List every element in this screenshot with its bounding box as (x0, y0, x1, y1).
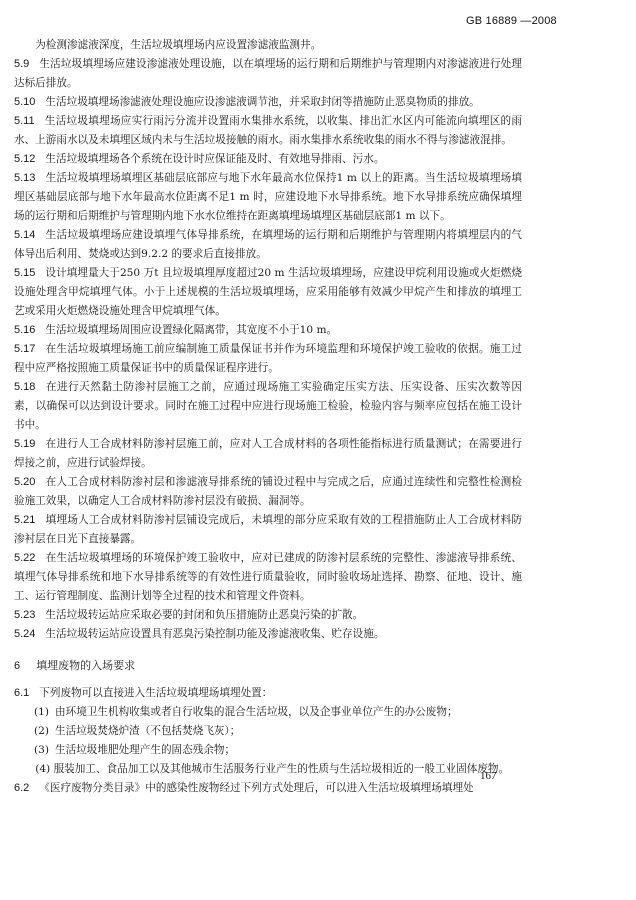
clause-number: 5.22 (14, 549, 35, 568)
list-marker: (4) (35, 763, 50, 775)
list-item-1: (1)由环境卫生机构收集或者自行收集的混合生活垃圾，以及企事业单位产生的办公废物… (14, 703, 522, 722)
page-number: 167 (480, 770, 497, 782)
clause-text: 在进行人工合成材料防渗衬层施工前，应对人工合成材料的各项性能指标进行质量测试；在… (14, 438, 522, 469)
clause-5-9: 5.9生活垃圾填埋场应建设渗滤液处理设施，以在填埋场的运行期和后期维护与管理期内… (14, 55, 522, 93)
clause-5-10: 5.10生活垃圾填埋场渗滤液处理设施应设渗滤液调节池，并采取封闭等措施防止恶臭物… (14, 93, 522, 112)
clause-5-11: 5.11生活垃圾填埋场应实行雨污分流并设置雨水集排水系统，以收集、排出汇水区内可… (14, 112, 522, 150)
clause-number: 5.21 (14, 511, 35, 530)
clause-number: 5.12 (14, 150, 35, 169)
paragraph-5-8-continuation: 为检测渗滤液深度，生活垃圾填埋场内应设置渗滤液监测井。 (14, 36, 522, 55)
clause-text: 生活垃圾填埋场填埋区基础层底部应与地下水年最高水位保持1 m 以上的距离。当生活… (14, 172, 522, 222)
clause-text: 生活垃圾填埋场周围应设置绿化隔离带，其宽度不小于10 m。 (45, 324, 337, 336)
clause-text: 生活垃圾填埋场渗滤液处理设施应设渗滤液调节池，并采取封闭等措施防止恶臭物质的排放… (45, 96, 479, 108)
list-item-text: 生活垃圾堆肥处理产生的固态残余物； (55, 744, 235, 756)
clause-text: 在生活垃圾填埋场施工前应编制施工质量保证书并作为环境监理和环境保护竣工验收的依据… (14, 343, 522, 374)
clause-number: 5.16 (14, 321, 35, 340)
clause-5-16: 5.16生活垃圾填埋场周围应设置绿化隔离带，其宽度不小于10 m。 (14, 321, 522, 340)
clause-text: 生活垃圾填埋场各个系统在设计时应保证能及时、有效地导排雨、污水。 (45, 153, 384, 165)
clause-text: 下列废物可以直接进入生活垃圾填埋场填埋处置： (39, 687, 272, 699)
clause-6-2: 6.2《医疗废物分类目录》中的感染性废物经过下列方式处理后，可以进入生活垃圾填埋… (14, 779, 522, 798)
clause-text: 填埋场人工合成材料防渗衬层铺设完成后，未填埋的部分应采取有效的工程措施防止人工合… (14, 514, 522, 545)
clause-number: 5.24 (14, 625, 35, 644)
list-item-text: 生活垃圾焚烧炉渣（不包括焚烧飞灰）； (55, 725, 240, 737)
list-item-4: (4) 服装加工、食品加工以及其他城市生活服务行业产生的性质与生活垃圾相近的一般… (14, 760, 522, 779)
clause-text: 生活垃圾填埋场应建设渗滤液处理设施，以在填埋场的运行期和后期维护与管理期内对渗滤… (14, 58, 522, 89)
document-body: 为检测渗滤液深度，生活垃圾填埋场内应设置渗滤液监测井。 5.9生活垃圾填埋场应建… (14, 36, 522, 798)
clause-5-23: 5.23生活垃圾转运站应采取必要的封闭和负压措施防止恶臭污染的扩散。 (14, 606, 522, 625)
clause-number: 5.20 (14, 473, 35, 492)
clause-5-19: 5.19在进行人工合成材料防渗衬层施工前，应对人工合成材料的各项性能指标进行质量… (14, 435, 522, 473)
list-marker: (2) (34, 722, 49, 741)
clause-number: 5.11 (14, 112, 35, 131)
list-marker: (1) (34, 703, 49, 722)
clause-text: 生活垃圾转运站应采取必要的封闭和负压措施防止恶臭污染的扩散。 (45, 609, 363, 621)
clause-number: 5.19 (14, 435, 35, 454)
clause-number: 6.2 (14, 779, 29, 798)
clause-5-15: 5.15设计填埋量大于250 万t 且垃圾填埋厚度超过20 m 生活垃圾填埋场，… (14, 264, 522, 321)
clause-text: 在人工合成材料防渗衬层和渗滤液导排系统的铺设过程中与完成之后，应通过连续性和完整… (14, 476, 522, 507)
list-item-text: 服装加工、食品加工以及其他城市生活服务行业产生的性质与生活垃圾相近的一般工业固体… (54, 763, 510, 775)
clause-number: 5.14 (14, 226, 35, 245)
clause-5-18: 5.18在进行天然黏土防渗衬层施工之前，应通过现场施工实验确定压实方法、压实设备… (14, 378, 522, 435)
clause-text: 生活垃圾填埋场应建设填埋气体导排系统，在填埋场的运行期和后期维护与管理期内将填埋… (14, 229, 522, 260)
clause-5-14: 5.14生活垃圾填埋场应建设填埋气体导排系统，在填埋场的运行期和后期维护与管理期… (14, 226, 522, 264)
clause-text: 在进行天然黏土防渗衬层施工之前，应通过现场施工实验确定压实方法、压实设备、压实次… (14, 381, 522, 431)
clause-5-20: 5.20在人工合成材料防渗衬层和渗滤液导排系统的铺设过程中与完成之后，应通过连续… (14, 473, 522, 511)
clause-text: 在生活垃圾填埋场的环境保护竣工验收中，应对已建成的防渗衬层系统的完整性、渗滤液导… (14, 552, 522, 602)
clause-number: 6.1 (14, 684, 29, 703)
section-title: 填埋废物的入场要求 (36, 659, 135, 672)
clause-5-12: 5.12生活垃圾填埋场各个系统在设计时应保证能及时、有效地导排雨、污水。 (14, 150, 522, 169)
clause-number: 5.9 (14, 55, 29, 74)
clause-text: 设计填埋量大于250 万t 且垃圾填埋厚度超过20 m 生活垃圾填埋场，应建设甲… (14, 267, 522, 317)
clause-number: 5.13 (14, 169, 35, 188)
clause-number: 5.18 (14, 378, 35, 397)
clause-text: 生活垃圾转运站应设置具有恶臭污染控制功能及渗滤液收集、贮存设施。 (45, 628, 384, 640)
clause-text: 《医疗废物分类目录》中的感染性废物经过下列方式处理后，可以进入生活垃圾填埋场填埋… (39, 782, 473, 794)
clause-text: 生活垃圾填埋场应实行雨污分流并设置雨水集排水系统，以收集、排出汇水区内可能流向填… (14, 115, 522, 146)
list-marker: (3) (34, 741, 49, 760)
section-6-heading: 6填埋废物的入场要求 (14, 656, 522, 676)
standard-code-header: GB 16889 —2008 (466, 15, 557, 27)
clause-number: 5.15 (14, 264, 35, 283)
clause-5-21: 5.21填埋场人工合成材料防渗衬层铺设完成后，未填埋的部分应采取有效的工程措施防… (14, 511, 522, 549)
list-item-2: (2)生活垃圾焚烧炉渣（不包括焚烧飞灰）； (14, 722, 522, 741)
clause-number: 5.23 (14, 606, 35, 625)
clause-number: 5.17 (14, 340, 35, 359)
clause-5-24: 5.24生活垃圾转运站应设置具有恶臭污染控制功能及渗滤液收集、贮存设施。 (14, 625, 522, 644)
section-number: 6 (14, 657, 20, 676)
clause-5-17: 5.17在生活垃圾填埋场施工前应编制施工质量保证书并作为环境监理和环境保护竣工验… (14, 340, 522, 378)
clause-5-22: 5.22在生活垃圾填埋场的环境保护竣工验收中，应对已建成的防渗衬层系统的完整性、… (14, 549, 522, 606)
list-item-text: 由环境卫生机构收集或者自行收集的混合生活垃圾，以及企事业单位产生的办公废物； (55, 706, 458, 718)
clause-6-1: 6.1下列废物可以直接进入生活垃圾填埋场填埋处置： (14, 684, 522, 703)
clause-5-13: 5.13生活垃圾填埋场填埋区基础层底部应与地下水年最高水位保持1 m 以上的距离… (14, 169, 522, 226)
clause-number: 5.10 (14, 93, 35, 112)
list-item-3: (3)生活垃圾堆肥处理产生的固态残余物； (14, 741, 522, 760)
